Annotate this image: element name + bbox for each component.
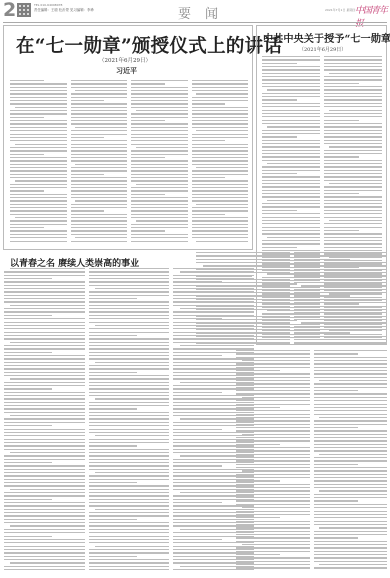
text-line — [196, 292, 290, 293]
text-line — [15, 180, 67, 181]
text-line — [89, 338, 170, 339]
text-line — [294, 306, 388, 307]
text-line — [324, 237, 382, 238]
text-line — [324, 240, 382, 241]
text-line — [329, 146, 382, 147]
text-line — [236, 380, 309, 381]
text-line — [236, 514, 309, 515]
text-line — [4, 332, 85, 333]
text-line — [236, 547, 309, 548]
text-line — [319, 380, 387, 381]
text-line — [196, 295, 290, 296]
text-line — [10, 154, 44, 155]
text-line — [294, 339, 388, 340]
text-line — [314, 464, 358, 465]
text-line — [131, 140, 188, 141]
text-line — [242, 470, 310, 471]
text-line — [294, 329, 388, 330]
text-line — [314, 531, 387, 532]
text-line — [236, 500, 309, 501]
text-line — [192, 207, 249, 208]
text-line — [314, 370, 387, 371]
text-line — [4, 281, 85, 282]
text-line — [10, 190, 44, 191]
text-line — [10, 268, 84, 269]
text-line — [236, 564, 309, 565]
text-line — [131, 177, 188, 178]
text-line — [192, 197, 249, 198]
text-line — [136, 220, 188, 221]
text-line — [131, 227, 188, 228]
text-line — [314, 410, 387, 411]
text-line — [294, 332, 350, 333]
text-line — [324, 59, 382, 60]
text-line — [71, 234, 128, 235]
text-line — [71, 210, 105, 211]
text-line — [192, 137, 249, 138]
youth-col-4-top — [196, 252, 290, 348]
text-line — [314, 353, 358, 354]
text-line — [324, 136, 382, 137]
text-line — [131, 187, 188, 188]
text-line — [324, 69, 382, 70]
text-line — [236, 517, 280, 518]
text-line — [236, 527, 309, 528]
text-line — [192, 177, 226, 178]
text-line — [89, 308, 170, 309]
text-line — [131, 207, 188, 208]
text-line — [329, 220, 382, 221]
text-line — [262, 66, 320, 67]
text-line — [10, 140, 67, 141]
text-line — [294, 265, 388, 266]
text-line — [324, 123, 382, 124]
text-line — [236, 437, 309, 438]
text-line — [196, 342, 290, 343]
text-line — [314, 480, 387, 481]
text-line — [262, 206, 320, 207]
text-line — [236, 400, 309, 401]
text-line — [131, 234, 188, 235]
text-line — [4, 301, 85, 302]
text-line — [314, 551, 387, 552]
text-line — [192, 90, 249, 91]
text-line — [75, 200, 127, 201]
text-line — [294, 292, 388, 293]
text-line — [192, 140, 226, 141]
text-line — [131, 167, 188, 168]
text-line — [192, 174, 249, 175]
text-line — [294, 282, 388, 283]
text-line — [10, 241, 67, 242]
text-line — [324, 193, 359, 194]
text-line — [71, 150, 128, 151]
text-line — [236, 383, 309, 384]
text-line — [131, 127, 188, 128]
text-line — [324, 89, 382, 90]
text-line — [192, 210, 249, 211]
text-line — [10, 123, 67, 124]
text-line — [324, 140, 382, 141]
text-line — [262, 63, 297, 64]
text-line — [75, 127, 127, 128]
text-line — [324, 99, 382, 100]
text-line — [10, 130, 67, 131]
text-line — [192, 97, 249, 98]
text-line — [196, 332, 290, 333]
text-line — [89, 298, 137, 299]
text-line — [324, 223, 382, 224]
text-line — [4, 311, 85, 312]
text-line — [324, 176, 382, 177]
text-line — [192, 187, 249, 188]
text-line — [4, 308, 85, 309]
text-line — [314, 554, 387, 555]
text-line — [236, 487, 309, 488]
text-line — [71, 180, 128, 181]
text-line — [71, 184, 128, 185]
text-line — [131, 170, 188, 171]
text-line — [71, 177, 128, 178]
text-line — [192, 144, 249, 145]
text-line — [71, 214, 128, 215]
text-line — [314, 427, 358, 428]
text-line — [236, 541, 309, 542]
text-line — [131, 204, 188, 205]
text-line — [294, 309, 388, 310]
text-line — [262, 223, 320, 224]
text-line — [262, 76, 320, 77]
text-line — [294, 279, 388, 280]
text-line — [71, 224, 128, 225]
text-line — [192, 200, 249, 201]
text-line — [10, 110, 67, 111]
text-line — [236, 464, 309, 465]
text-line — [131, 144, 188, 145]
text-line — [196, 282, 290, 283]
text-line — [324, 200, 382, 201]
text-line — [236, 357, 309, 358]
text-line — [314, 430, 387, 431]
text-line — [314, 437, 387, 438]
text-line — [203, 302, 289, 303]
text-line — [236, 424, 309, 425]
text-line — [236, 407, 280, 408]
text-line — [314, 537, 358, 538]
text-line — [324, 160, 382, 161]
text-line — [236, 410, 309, 411]
text-line — [89, 281, 170, 282]
text-line — [131, 190, 188, 191]
text-line — [262, 103, 320, 104]
text-line — [10, 147, 67, 148]
text-line — [294, 336, 388, 337]
text-line — [262, 233, 320, 234]
text-line — [192, 87, 249, 88]
text-line — [324, 173, 382, 174]
text-line — [75, 90, 127, 91]
text-line — [131, 157, 165, 158]
text-line — [262, 213, 320, 214]
text-line — [196, 309, 290, 310]
text-line — [324, 83, 359, 84]
text-line — [294, 342, 388, 343]
text-line — [192, 160, 249, 161]
text-line — [324, 190, 382, 191]
text-line — [196, 272, 290, 273]
text-line — [314, 414, 387, 415]
text-line — [236, 387, 309, 388]
text-line — [89, 335, 137, 336]
text-line — [314, 561, 387, 562]
text-line — [10, 117, 44, 118]
text-line — [262, 116, 320, 117]
text-line — [262, 203, 320, 204]
text-line — [192, 127, 249, 128]
text-line — [262, 153, 320, 154]
text-line — [196, 289, 290, 290]
text-line — [236, 444, 280, 445]
text-line — [262, 59, 320, 60]
text-line — [236, 390, 309, 391]
text-line — [131, 160, 188, 161]
text-line — [262, 166, 320, 167]
text-line — [236, 450, 309, 451]
text-line — [192, 80, 249, 81]
text-line — [329, 183, 382, 184]
decision-date: （2021年6月29日） — [299, 46, 346, 53]
text-line — [10, 305, 84, 306]
speech-body — [10, 80, 248, 246]
text-line — [324, 217, 382, 218]
text-line — [242, 544, 310, 545]
text-line — [196, 306, 290, 307]
text-line — [10, 204, 67, 205]
text-line — [196, 285, 290, 286]
text-line — [314, 450, 387, 451]
text-line — [314, 477, 387, 478]
text-line — [10, 174, 67, 175]
text-line — [71, 207, 128, 208]
text-line — [75, 164, 127, 165]
text-line — [236, 474, 309, 475]
text-line — [71, 217, 128, 218]
text-line — [314, 514, 387, 515]
text-line — [4, 328, 85, 329]
text-line — [131, 80, 188, 81]
text-line — [262, 243, 320, 244]
text-line — [10, 210, 67, 211]
youth-article-body-right — [4, 350, 387, 574]
text-line — [262, 73, 320, 74]
qr-code-icon — [17, 3, 31, 17]
text-line — [314, 440, 387, 441]
text-line — [4, 271, 85, 272]
speech-headline: 在“七一勋章”颁授仪式上的讲话 — [16, 32, 282, 58]
text-line — [196, 269, 290, 270]
text-line — [262, 217, 320, 218]
text-line — [131, 103, 188, 104]
text-line — [10, 230, 67, 231]
text-line — [131, 154, 188, 155]
text-line — [236, 537, 309, 538]
text-line — [262, 133, 320, 134]
text-line — [192, 117, 249, 118]
text-line — [71, 93, 128, 94]
text-line — [324, 166, 382, 167]
text-line — [262, 247, 297, 248]
speech-col-3 — [131, 80, 188, 246]
text-line — [262, 120, 320, 121]
text-line — [71, 117, 128, 118]
text-line — [71, 87, 128, 88]
text-line — [324, 243, 382, 244]
text-line — [301, 285, 387, 286]
text-line — [89, 268, 170, 269]
text-line — [89, 315, 170, 316]
text-line — [262, 193, 320, 194]
text-line — [236, 477, 309, 478]
text-line — [262, 140, 320, 141]
text-line — [131, 194, 165, 195]
text-line — [192, 103, 226, 104]
text-line — [324, 230, 359, 231]
text-line — [314, 434, 387, 435]
text-line — [4, 345, 85, 346]
text-line — [242, 360, 310, 361]
text-line — [324, 233, 382, 234]
text-line — [324, 103, 382, 104]
text-line — [236, 534, 309, 535]
text-line — [71, 174, 105, 175]
text-line — [236, 490, 309, 491]
text-line — [131, 200, 188, 201]
text-line — [314, 393, 387, 394]
text-line — [131, 241, 188, 242]
text-line — [131, 87, 188, 88]
text-line — [324, 63, 382, 64]
text-line — [314, 497, 387, 498]
text-line — [4, 291, 85, 292]
text-line — [314, 507, 387, 508]
text-line — [324, 76, 382, 77]
text-line — [236, 350, 309, 351]
youth-col-4 — [236, 350, 309, 574]
text-line — [192, 110, 249, 111]
text-line — [192, 83, 249, 84]
text-line — [71, 120, 128, 121]
text-line — [314, 397, 387, 398]
text-line — [71, 241, 128, 242]
text-line — [71, 220, 128, 221]
text-line — [196, 167, 248, 168]
text-line — [4, 318, 85, 319]
text-line — [131, 120, 165, 121]
text-line — [192, 170, 249, 171]
text-line — [192, 227, 249, 228]
issue-date: 2021年7月1日 星期四 — [325, 8, 355, 12]
text-line — [314, 387, 387, 388]
text-line — [131, 117, 188, 118]
text-line — [236, 554, 280, 555]
text-line — [262, 99, 297, 100]
text-line — [294, 262, 388, 263]
text-line — [262, 96, 320, 97]
text-line — [131, 90, 188, 91]
text-line — [262, 130, 320, 131]
text-line — [131, 93, 188, 94]
text-line — [89, 301, 170, 302]
text-line — [131, 137, 188, 138]
text-line — [192, 234, 249, 235]
text-line — [131, 210, 188, 211]
text-line — [294, 259, 350, 260]
text-line — [15, 144, 67, 145]
text-line — [294, 275, 388, 276]
text-line — [196, 255, 290, 256]
text-line — [10, 227, 44, 228]
text-line — [314, 534, 387, 535]
text-line — [324, 86, 382, 87]
text-line — [192, 154, 249, 155]
page-number: 2 — [3, 1, 16, 20]
text-line — [236, 524, 309, 525]
text-line — [10, 127, 67, 128]
text-line — [4, 322, 85, 323]
text-line — [131, 150, 188, 151]
text-line — [262, 186, 320, 187]
text-line — [294, 299, 388, 300]
text-line — [324, 156, 359, 157]
text-line — [89, 342, 170, 343]
text-line — [71, 100, 105, 101]
text-line — [314, 494, 387, 495]
text-line — [319, 454, 387, 455]
text-line — [262, 190, 320, 191]
text-line — [131, 197, 188, 198]
text-line — [324, 106, 382, 107]
text-line — [324, 143, 382, 144]
text-line — [324, 163, 382, 164]
text-line — [10, 207, 67, 208]
text-line — [236, 417, 309, 418]
text-line — [192, 147, 249, 148]
text-line — [314, 484, 387, 485]
text-line — [262, 180, 320, 181]
text-line — [196, 279, 290, 280]
text-line — [4, 278, 52, 279]
text-line — [262, 79, 320, 80]
text-line — [324, 93, 382, 94]
text-line — [196, 299, 290, 300]
text-line — [4, 285, 85, 286]
text-line — [136, 147, 188, 148]
text-line — [95, 288, 169, 289]
text-line — [10, 342, 84, 343]
text-line — [4, 298, 85, 299]
text-line — [294, 295, 350, 296]
text-line — [242, 397, 310, 398]
text-line — [236, 511, 309, 512]
text-line — [89, 291, 170, 292]
text-line — [192, 220, 249, 221]
text-line — [131, 224, 188, 225]
text-line — [71, 103, 128, 104]
text-line — [314, 541, 387, 542]
text-line — [196, 329, 290, 330]
text-line — [236, 393, 309, 394]
text-line — [196, 259, 290, 260]
